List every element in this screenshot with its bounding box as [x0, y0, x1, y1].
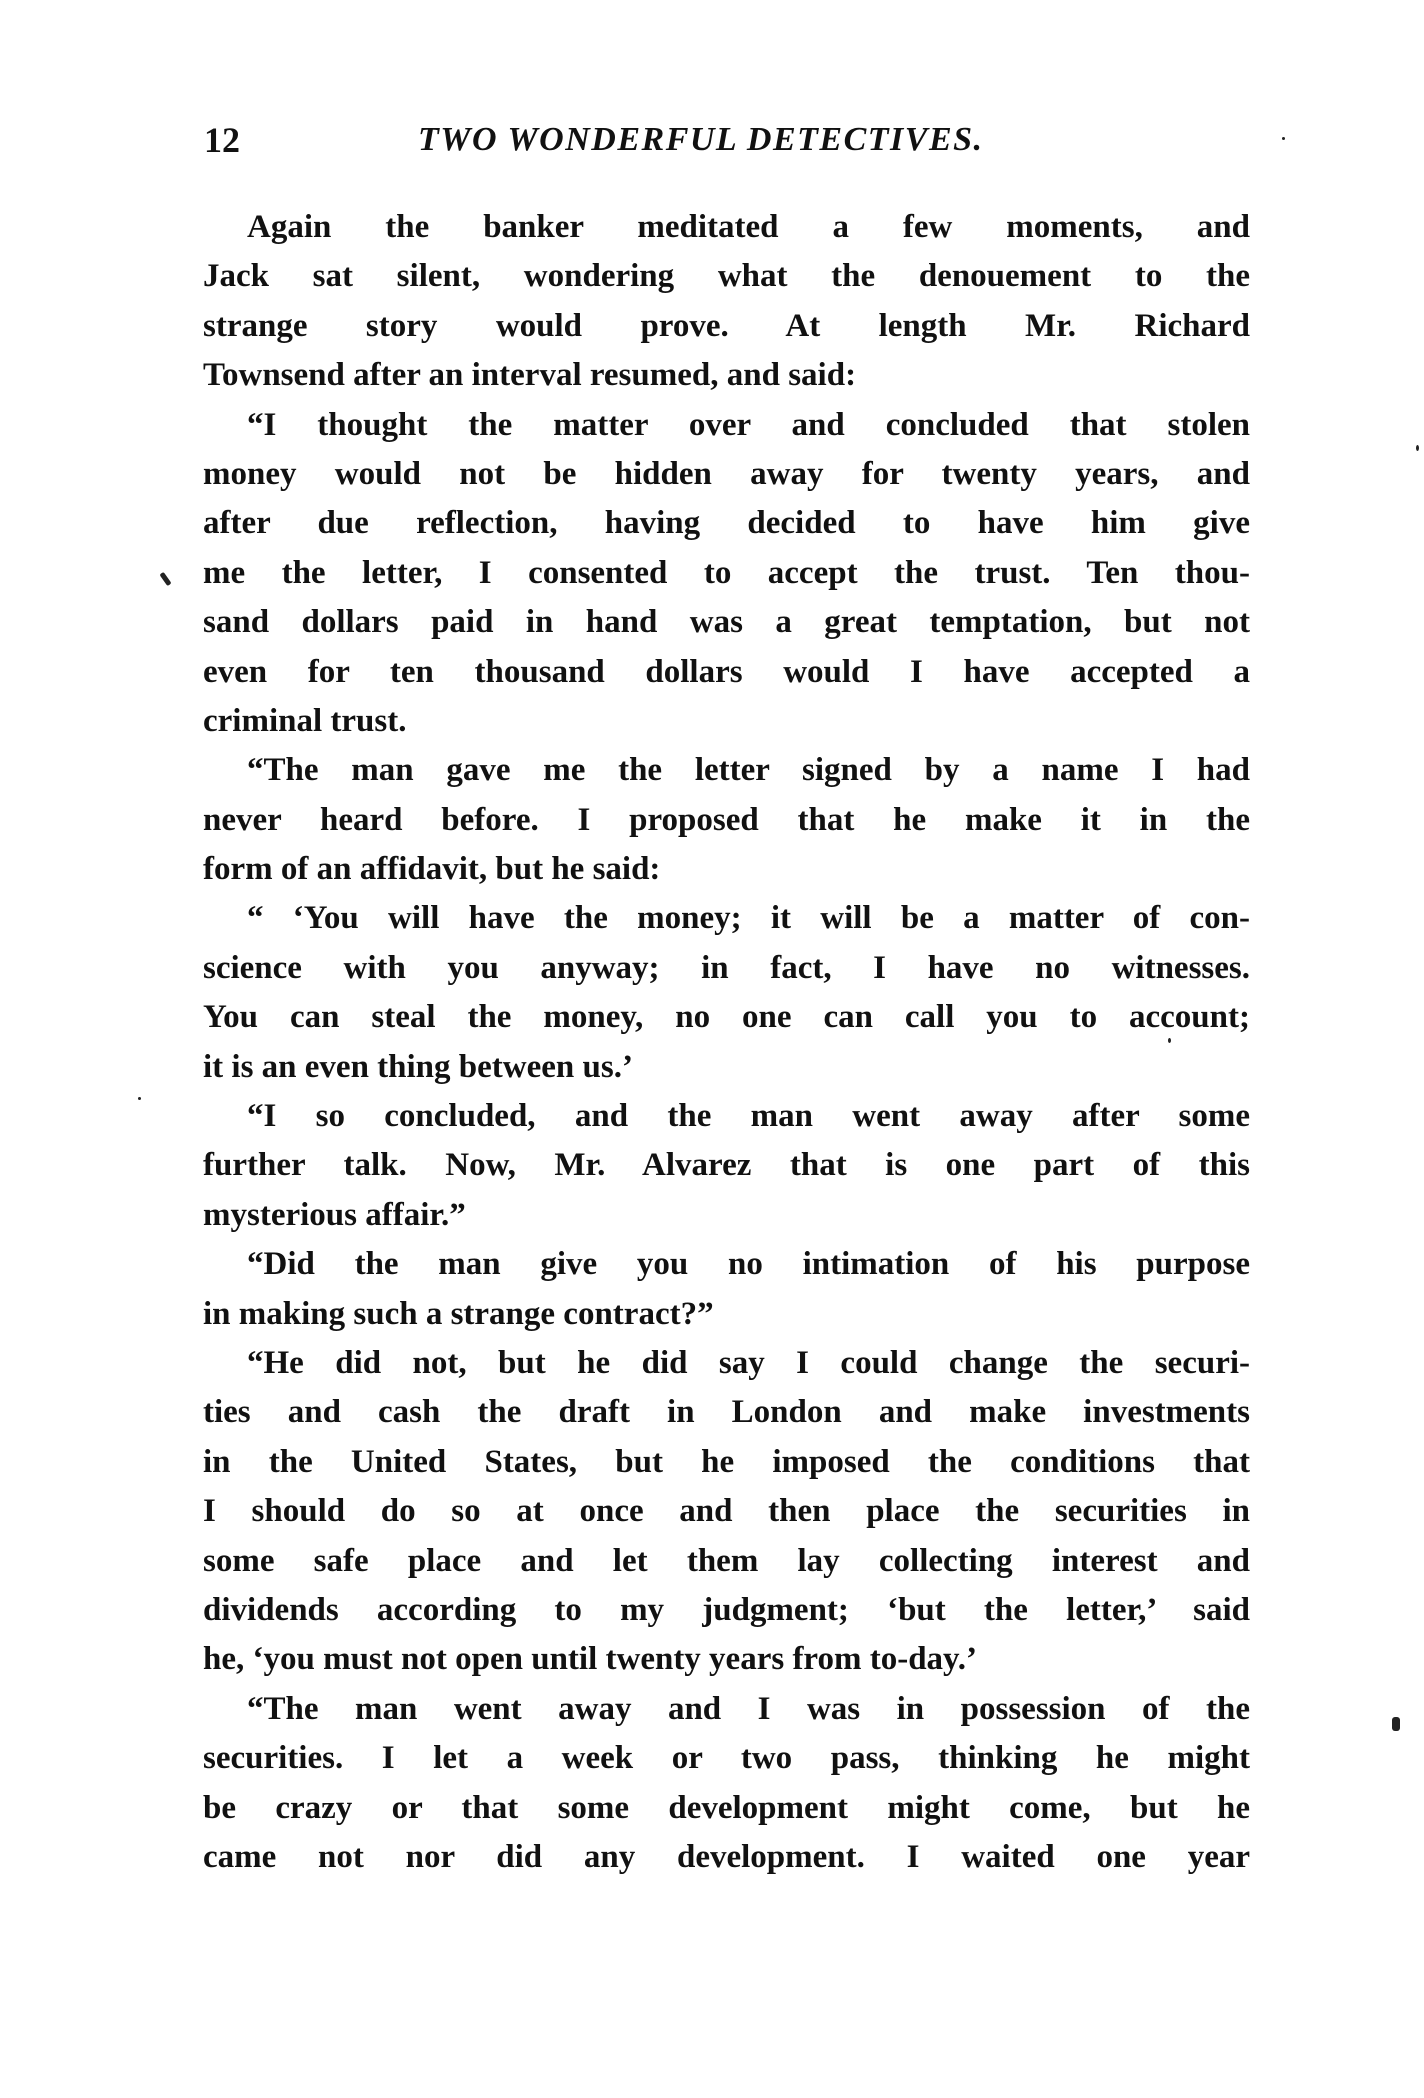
- paragraph: “Did the man give you no intimation of h…: [203, 1240, 1250, 1339]
- paragraph: “I so concluded, and the man went away a…: [203, 1092, 1250, 1240]
- text-line: ties and cash the draft in London and ma…: [203, 1388, 1250, 1437]
- text-line: further talk. Now, Mr. Alvarez that is o…: [203, 1141, 1250, 1190]
- text-line: me the letter, I consented to accept the…: [203, 549, 1250, 598]
- text-line: criminal trust.: [203, 697, 1250, 746]
- text-line: Townsend after an interval resumed, and …: [203, 351, 1250, 400]
- text-line: form of an affidavit, but he said:: [203, 845, 1250, 894]
- text-line: even for ten thousand dollars would I ha…: [203, 648, 1250, 697]
- paragraph: “The man gave me the letter signed by a …: [203, 746, 1250, 894]
- running-head: 12 TWO WONDERFUL DETECTIVES.: [204, 118, 1250, 162]
- paragraph: “ ‘You will have the money; it will be a…: [203, 894, 1250, 1092]
- scan-mark: [159, 572, 171, 586]
- text-line: he, ‘you must not open until twenty year…: [203, 1635, 1250, 1684]
- text-line: “He did not, but he did say I could chan…: [203, 1339, 1250, 1388]
- text-line: mysterious affair.”: [203, 1191, 1250, 1240]
- scan-mark: [138, 1097, 141, 1100]
- text-line: “I thought the matter over and concluded…: [203, 401, 1250, 450]
- text-line: strange story would prove. At length Mr.…: [203, 302, 1250, 351]
- text-line: “The man went away and I was in possessi…: [203, 1685, 1250, 1734]
- text-line: Again the banker meditated a few moments…: [203, 203, 1250, 252]
- text-line: sand dollars paid in hand was a great te…: [203, 598, 1250, 647]
- text-line: money would not be hidden away for twent…: [203, 450, 1250, 499]
- book-page: 12 TWO WONDERFUL DETECTIVES. Again the b…: [0, 0, 1424, 2098]
- paragraph: “I thought the matter over and concluded…: [203, 401, 1250, 747]
- text-line: “ ‘You will have the money; it will be a…: [203, 894, 1250, 943]
- paragraph: “The man went away and I was in possessi…: [203, 1685, 1250, 1883]
- paragraph: Again the banker meditated a few moments…: [203, 203, 1250, 401]
- text-line: in the United States, but he imposed the…: [203, 1438, 1250, 1487]
- text-line: after due reflection, having decided to …: [203, 499, 1250, 548]
- text-line: I should do so at once and then place th…: [203, 1487, 1250, 1536]
- text-line: “Did the man give you no intimation of h…: [203, 1240, 1250, 1289]
- text-line: dividends according to my judgment; ‘but…: [203, 1586, 1250, 1635]
- text-line: never heard before. I proposed that he m…: [203, 796, 1250, 845]
- text-line: You can steal the money, no one can call…: [203, 993, 1250, 1042]
- scan-mark: [1168, 1038, 1171, 1043]
- scan-mark: [1282, 137, 1285, 140]
- running-title: TWO WONDERFUL DETECTIVES.: [418, 118, 1043, 162]
- scan-mark: [1392, 1717, 1400, 1731]
- paragraph: “He did not, but he did say I could chan…: [203, 1339, 1250, 1685]
- text-line: science with you anyway; in fact, I have…: [203, 944, 1250, 993]
- text-line: securities. I let a week or two pass, th…: [203, 1734, 1250, 1783]
- scan-mark: [1416, 445, 1419, 451]
- text-line: “The man gave me the letter signed by a …: [203, 746, 1250, 795]
- text-line: Jack sat silent, wondering what the deno…: [203, 252, 1250, 301]
- body-text: Again the banker meditated a few moments…: [203, 203, 1250, 1882]
- text-line: came not nor did any development. I wait…: [203, 1833, 1250, 1882]
- text-line: be crazy or that some development might …: [203, 1784, 1250, 1833]
- text-line: it is an even thing between us.’: [203, 1043, 1250, 1092]
- page-number: 12: [204, 118, 240, 162]
- text-line: in making such a strange contract?”: [203, 1290, 1250, 1339]
- text-line: “I so concluded, and the man went away a…: [203, 1092, 1250, 1141]
- text-line: some safe place and let them lay collect…: [203, 1537, 1250, 1586]
